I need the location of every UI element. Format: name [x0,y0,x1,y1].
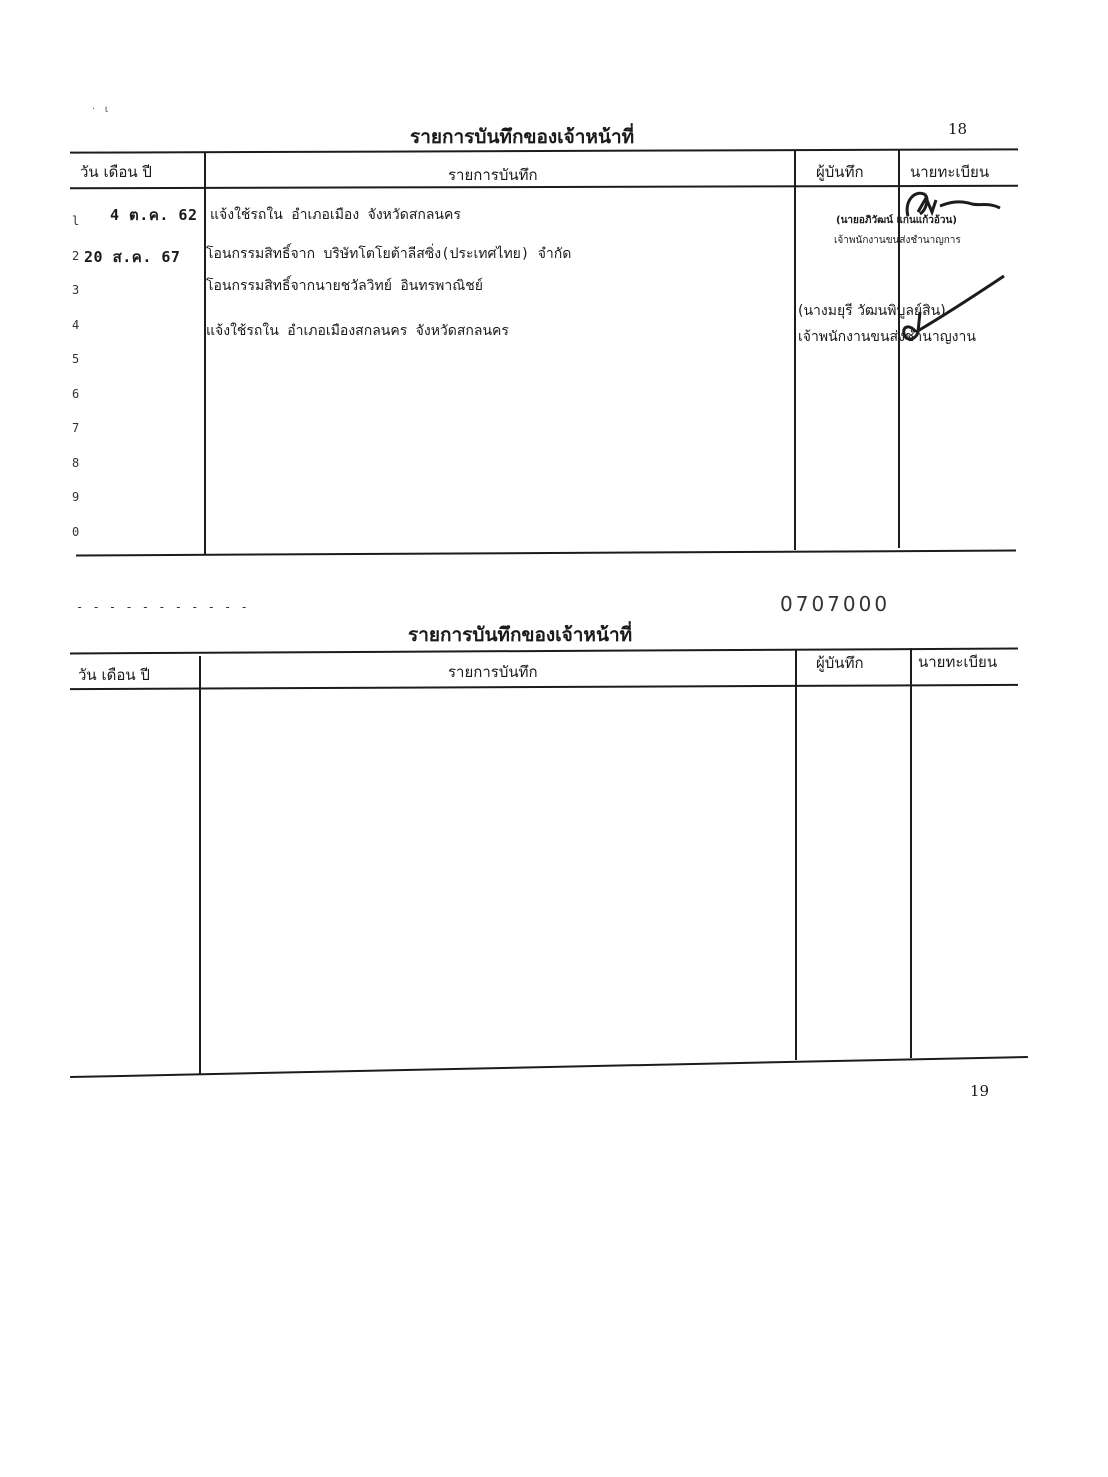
row-mark: 7 [72,411,79,446]
entry-text: แจ้งใช้รถใน อำเภอเมืองสกลนคร จังหวัดสกลน… [206,320,509,342]
row-mark: 9 [72,480,79,515]
col-divider-date [199,656,201,1074]
header-entry: รายการบันทึก [448,163,538,187]
col-divider-entry [794,150,796,550]
col-divider-date [204,152,206,554]
table-header-rule [70,185,1018,189]
header-recorder: ผู้บันทึก [816,651,864,675]
row-mark: 2 [72,239,79,274]
scan-speck: · ι [92,104,108,115]
row-mark: 8 [72,446,79,481]
table-bottom-rule [70,1056,1028,1078]
row-mark: 0 [72,515,79,550]
header-registrar: นายทะเบียน [918,650,997,674]
page-19-number: 19 [970,1082,989,1100]
entry-text: โอนกรรมสิทธิ์จากนายชวัลวิทย์ อินทรพาณิชย… [206,275,483,297]
entry-date: 20 ส.ค. 67 [84,245,180,269]
entry-text: แจ้งใช้รถใน อำเภอเมือง จังหวัดสกลนคร [210,204,461,226]
page-19-title: รายการบันทึกของเจ้าหน้าที่ [408,620,632,650]
serial-number: 0707000 [780,592,890,616]
officer-1-position: เจ้าพนักงานขนส่งชำนาญการ [834,233,961,248]
header-recorder: ผู้บันทึก [816,160,864,184]
row-mark: l [72,204,79,239]
row-mark: 6 [72,377,79,412]
entry-date: 4 ต.ค. 62 [110,203,198,227]
officer-1-name: (นายอภิวัฒน์ แก่นแก้วอ้วน) [836,213,957,228]
row-mark: 4 [72,308,79,343]
header-registrar: นายทะเบียน [910,160,989,184]
row-mark: 3 [72,273,79,308]
col-divider-entry [795,650,797,1060]
header-date: วัน เดือน ปี [78,663,150,687]
header-date: วัน เดือน ปี [80,160,152,184]
signature-icon [890,272,1010,352]
row-mark: 5 [72,342,79,377]
page-18-number: 18 [948,120,967,138]
row-margin-marks: l 2 3 4 5 6 7 8 9 0 [72,204,79,549]
table-bottom-rule [76,550,1016,557]
header-entry: รายการบันทึก [448,660,538,684]
perforation-dashes: - - - - - - - - - - - [76,600,249,614]
col-divider-recorder [910,648,912,1058]
table-top-rule [70,148,1018,153]
entry-text: โอนกรรมสิทธิ์จาก บริษัทโตโยต้าลีสซิ่ง(ปร… [206,243,571,265]
page-18-title: รายการบันทึกของเจ้าหน้าที่ [410,122,634,152]
table-header-rule [70,684,1018,690]
